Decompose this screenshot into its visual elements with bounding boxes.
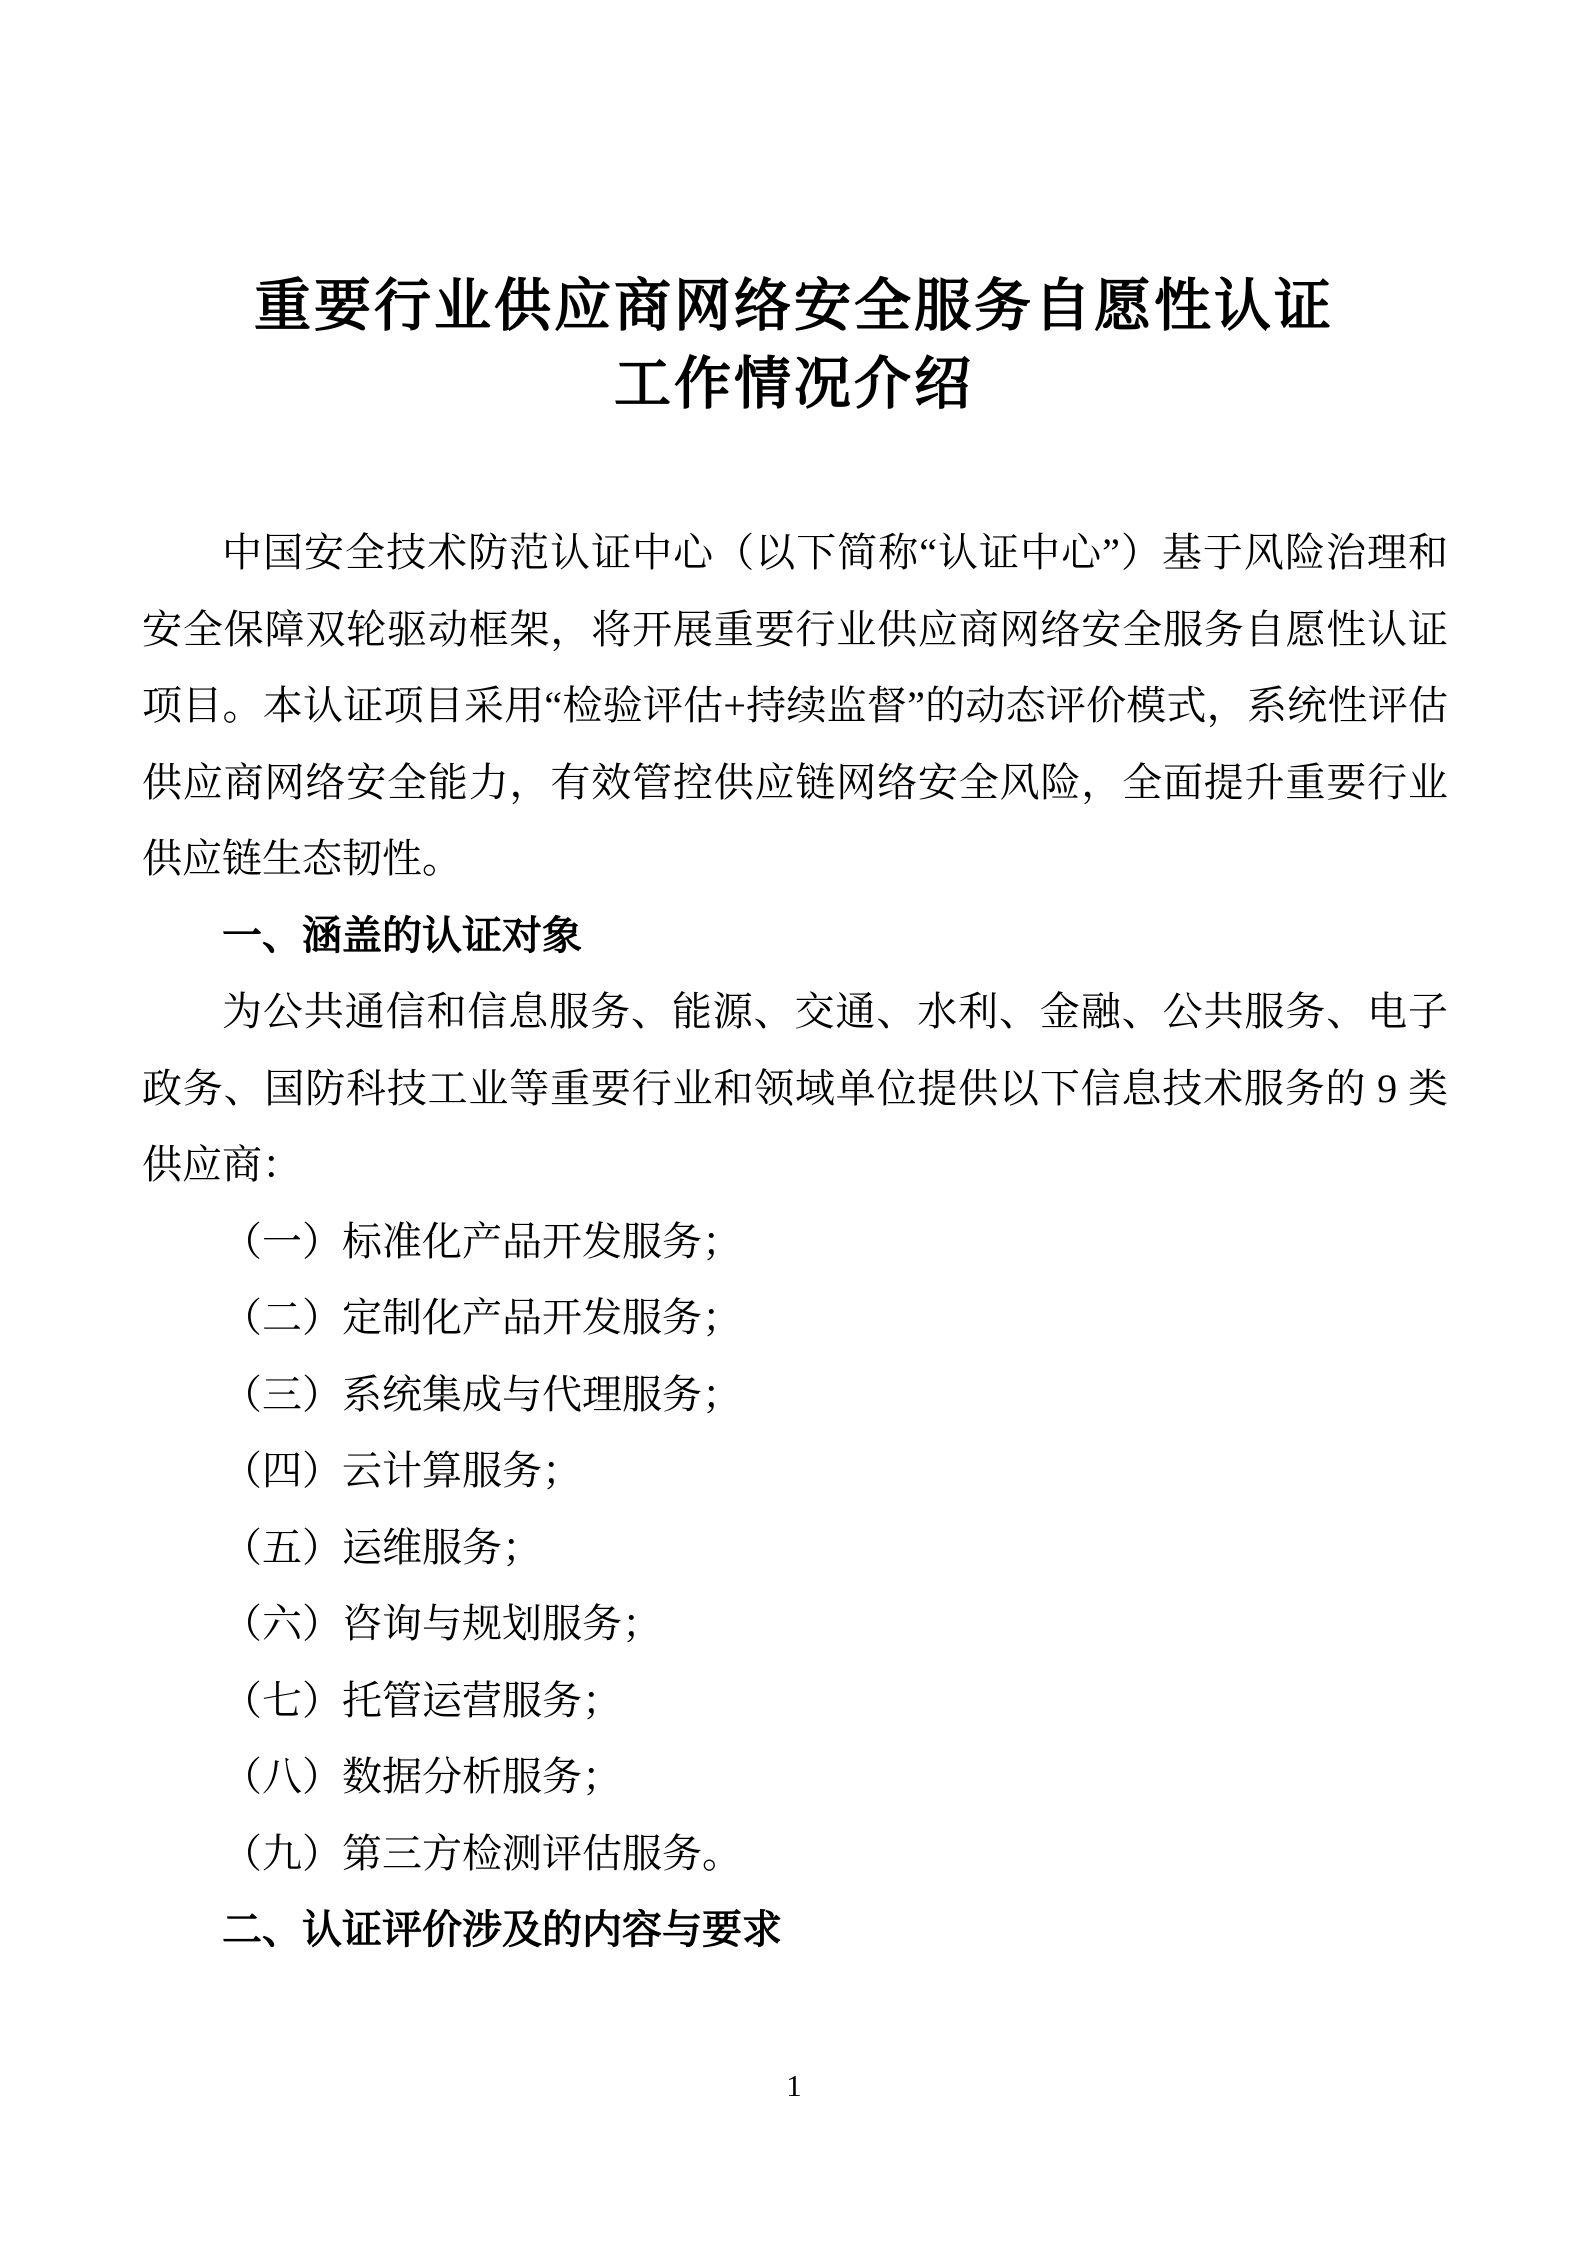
list-item-7: （七）托管运营服务； <box>142 1663 1448 1740</box>
section-heading-1: 一、涵盖的认证对象 <box>142 898 1448 975</box>
list-item-6: （六）咨询与规划服务； <box>142 1586 1448 1663</box>
list-item-8: （八）数据分析服务； <box>142 1739 1448 1816</box>
scope-paragraph: 为公共通信和信息服务、能源、交通、水利、金融、公共服务、电子政务、国防科技工业等… <box>142 974 1448 1204</box>
document-title-line2: 工作情况介绍 <box>0 346 1588 424</box>
intro-paragraph: 中国安全技术防范认证中心（以下简称“认证中心”）基于风险治理和安全保障双轮驱动框… <box>142 515 1448 898</box>
list-item-2: （二）定制化产品开发服务； <box>142 1280 1448 1357</box>
list-item-4: （四）云计算服务； <box>142 1433 1448 1510</box>
section-heading-2: 二、认证评价涉及的内容与要求 <box>142 1892 1448 1969</box>
document-title-line1: 重要行业供应商网络安全服务自愿性认证 <box>0 268 1588 346</box>
list-item-1: （一）标准化产品开发服务； <box>142 1204 1448 1281</box>
page-number: 1 <box>0 2066 1588 2106</box>
list-item-5: （五）运维服务； <box>142 1510 1448 1587</box>
document-title: 重要行业供应商网络安全服务自愿性认证 工作情况介绍 <box>0 268 1588 424</box>
document-page: 重要行业供应商网络安全服务自愿性认证 工作情况介绍 中国安全技术防范认证中心（以… <box>0 0 1588 2245</box>
list-item-9: （九）第三方检测评估服务。 <box>142 1816 1448 1893</box>
list-item-3: （三）系统集成与代理服务； <box>142 1357 1448 1434</box>
document-body: 中国安全技术防范认证中心（以下简称“认证中心”）基于风险治理和安全保障双轮驱动框… <box>142 515 1448 1969</box>
